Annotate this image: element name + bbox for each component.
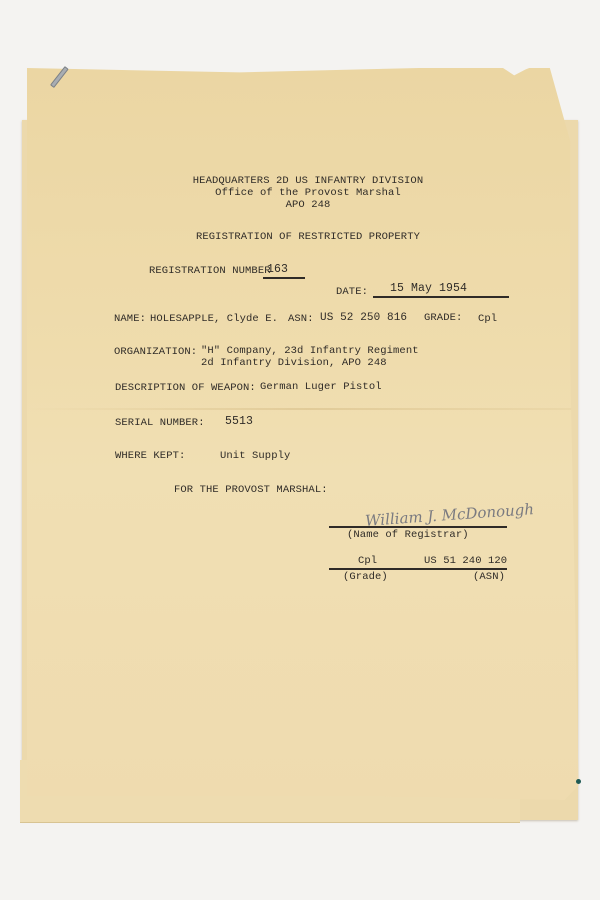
registration-number-value: 163 (267, 264, 288, 276)
signature-underline (329, 526, 507, 528)
organization-line-1: "H" Company, 23d Infantry Regiment (201, 346, 419, 357)
header-line-1: HEADQUARTERS 2D US INFANTRY DIVISION (158, 176, 458, 187)
weapon-label: DESCRIPTION OF WEAPON: (115, 383, 256, 394)
name-value: HOLESAPPLE, Clyde E. (150, 314, 278, 325)
date-underline (373, 296, 509, 298)
serial-number-label: SERIAL NUMBER: (115, 418, 205, 429)
serial-number-value: 5513 (225, 416, 253, 428)
date-label: DATE: (336, 287, 368, 298)
ink-spot (576, 779, 581, 784)
registrar-name-caption: (Name of Registrar) (347, 530, 469, 541)
where-kept-label: WHERE KEPT: (115, 451, 185, 462)
name-label: NAME: (114, 314, 146, 325)
document-title: REGISTRATION OF RESTRICTED PROPERTY (158, 232, 458, 243)
asn-label: ASN: (288, 314, 314, 325)
grade-label: GRADE: (424, 313, 462, 324)
provost-marshal-heading: FOR THE PROVOST MARSHAL: (174, 485, 328, 496)
where-kept-value: Unit Supply (220, 451, 290, 462)
date-value: 15 May 1954 (390, 283, 467, 295)
registrar-grade-value: Cpl (358, 556, 377, 567)
registration-number-label: REGISTRATION NUMBER (149, 266, 271, 277)
organization-label: ORGANIZATION: (114, 347, 197, 358)
header-line-3: APO 248 (158, 200, 458, 211)
grade-asn-underline (329, 568, 507, 570)
asn-value: US 52 250 816 (320, 313, 407, 324)
registrar-grade-caption: (Grade) (343, 572, 388, 583)
grade-value: Cpl (478, 314, 497, 325)
header-line-2: Office of the Provost Marshal (158, 188, 458, 199)
weapon-value: German Luger Pistol (260, 382, 382, 393)
registrar-asn-caption: (ASN) (473, 572, 505, 583)
registrar-asn-value: US 51 240 120 (424, 556, 507, 567)
registration-underline (263, 277, 305, 279)
organization-line-2: 2d Infantry Division, APO 248 (201, 358, 387, 369)
